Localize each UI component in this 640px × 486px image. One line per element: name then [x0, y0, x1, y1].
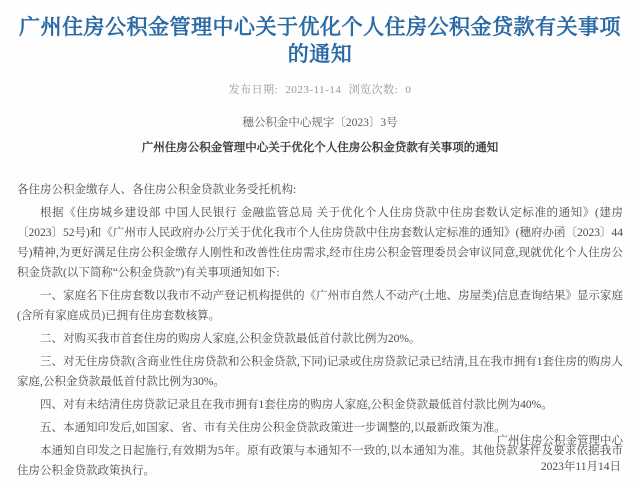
page-title: 广州住房公积金管理中心关于优化个人住房公积金贷款有关事项的通知 [17, 14, 623, 68]
signature-issuer: 广州住房公积金管理中心 [497, 432, 624, 448]
paragraph-item-2: 二、对购买我市首套住房的购房人家庭,公积金贷款最低首付款比例为20%。 [17, 329, 623, 349]
publish-date-label: 发布日期: [229, 84, 279, 96]
views-value: 0 [405, 84, 411, 96]
views-label: 浏览次数: [349, 84, 399, 96]
notice-page: 广州住房公积金管理中心关于优化个人住房公积金贷款有关事项的通知 发布日期: 20… [0, 0, 640, 486]
salutation-line: 各住房公积金缴存人、各住房公积金贷款业务受托机构: [17, 180, 623, 200]
paragraph-item-3: 三、对无住房贷款(含商业性住房贷款和公积金贷款,下同)记录或住房贷款记录已结清,… [17, 352, 623, 392]
paragraph-basis: 根据《住房城乡建设部 中国人民银行 金融监管总局 关于优化个人住房贷款中住房套数… [17, 203, 623, 283]
signature-block: 广州住房公积金管理中心 2023年11月14日 [497, 432, 624, 474]
paragraph-item-4: 四、对有未结清住房贷款记录且在我市拥有1套住房的购房人家庭,公积金贷款最低首付款… [17, 395, 623, 415]
document-number: 穗公积金中心规字〔2023〕3号 [17, 114, 623, 130]
meta-bar: 发布日期: 2023-11-14 浏览次数: 0 [17, 81, 623, 97]
document-title: 广州住房公积金管理中心关于优化个人住房公积金贷款有关事项的通知 [17, 139, 623, 155]
paragraph-item-1: 一、家庭名下住房套数以我市不动产登记机构提供的《广州市自然人不动产(土地、房屋类… [17, 286, 623, 326]
publish-date-value: 2023-11-14 [285, 84, 341, 96]
signature-date: 2023年11月14日 [497, 458, 624, 474]
